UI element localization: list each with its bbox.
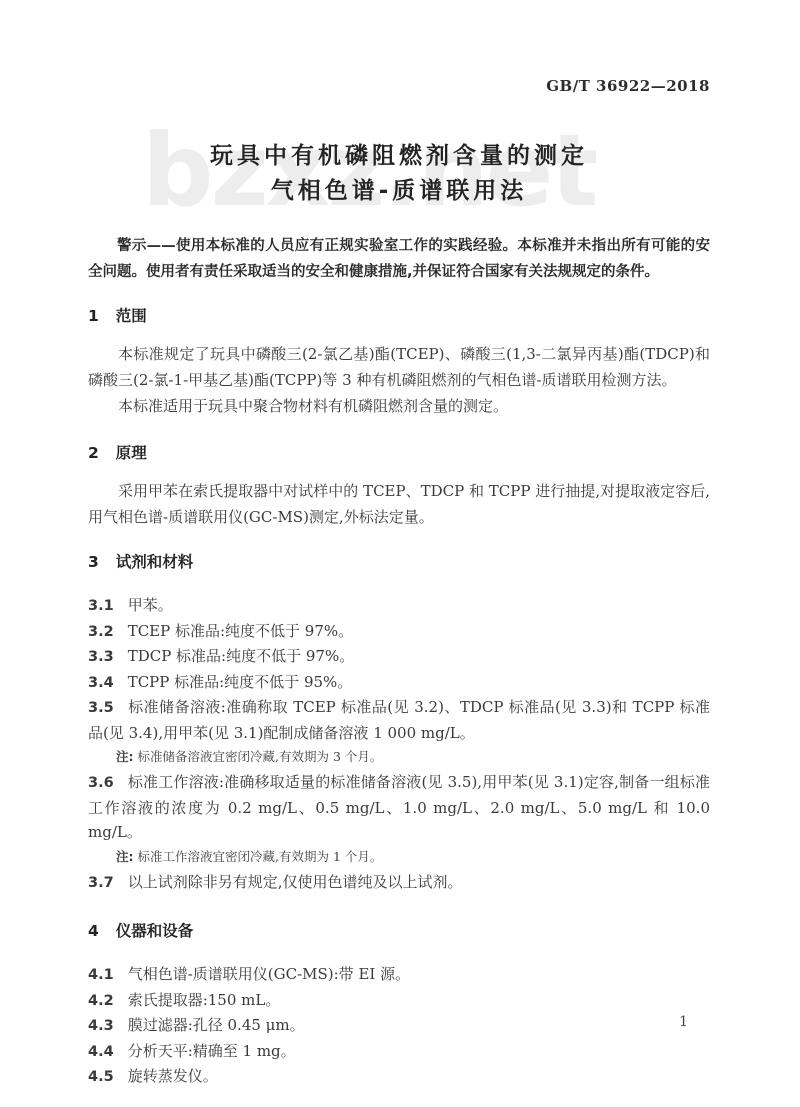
section-2-title: 原理	[116, 444, 147, 462]
section-3-number: 3	[88, 553, 99, 571]
warning-paragraph: 警示——使用本标准的人员应有正规实验室工作的实践经验。本标准并未指出所有可能的安…	[88, 233, 710, 285]
clause-3-1-number: 3.1	[88, 598, 114, 614]
clause-4-1-number: 4.1	[88, 967, 114, 983]
section-3-clauses: 3.1甲苯。 3.2TCEP 标准品:纯度不低于 97%。 3.3TDCP 标准…	[88, 593, 710, 895]
clause-3-4-number: 3.4	[88, 675, 114, 691]
page-content: GB/T 36922—2018 玩具中有机磷阻燃剂含量的测定 气相色谱-质谱联用…	[0, 0, 800, 1090]
clause-4-3-text: 膜过滤器:孔径 0.45 μm。	[128, 1016, 305, 1034]
clause-3-6-text: 标准工作溶液:准确移取适量的标准储备溶液(见 3.5),用甲苯(见 3.1)定容…	[88, 773, 710, 841]
clause-4-5-number: 4.5	[88, 1069, 114, 1085]
section-2-number: 2	[88, 444, 99, 462]
section-4-clauses: 4.1气相色谱-质谱联用仪(GC-MS):带 EI 源。 4.2索氏提取器:15…	[88, 962, 710, 1090]
clause-3-4: 3.4TCPP 标准品:纯度不低于 95%。	[88, 670, 710, 696]
note-label: 注:	[116, 849, 134, 864]
clause-4-5: 4.5旋转蒸发仪。	[88, 1064, 710, 1090]
clause-3-1: 3.1甲苯。	[88, 593, 710, 619]
clause-3-4-text: TCPP 标准品:纯度不低于 95%。	[128, 673, 353, 691]
clause-3-3: 3.3TDCP 标准品:纯度不低于 97%。	[88, 644, 710, 670]
section-1-paragraph-2: 本标准适用于玩具中聚合物材料有机磷阻燃剂含量的测定。	[88, 393, 710, 419]
clause-3-1-text: 甲苯。	[128, 596, 173, 614]
section-2-paragraph-1: 采用甲苯在索氏提取器中对试样中的 TCEP、TDCP 和 TCPP 进行抽提,对…	[88, 478, 710, 530]
section-4-heading: 4仪器和设备	[88, 919, 710, 941]
clause-3-2-number: 3.2	[88, 624, 114, 640]
clause-4-4-number: 4.4	[88, 1044, 114, 1060]
section-2-heading: 2原理	[88, 441, 710, 463]
section-1-heading: 1范围	[88, 304, 710, 326]
document-title-line2: 气相色谱-质谱联用法	[88, 174, 710, 209]
clause-4-3: 4.3膜过滤器:孔径 0.45 μm。	[88, 1013, 710, 1039]
clause-3-6-note: 注:标准工作溶液宜密闭冷藏,有效期为 1 个月。	[88, 846, 710, 868]
note-text: 标准工作溶液宜密闭冷藏,有效期为 1 个月。	[138, 849, 383, 864]
clause-4-1: 4.1气相色谱-质谱联用仪(GC-MS):带 EI 源。	[88, 962, 710, 988]
clause-4-4: 4.4分析天平:精确至 1 mg。	[88, 1039, 710, 1065]
clause-3-7-text: 以上试剂除非另有规定,仅使用色谱纯及以上试剂。	[128, 873, 463, 891]
document-title-line1: 玩具中有机磷阻燃剂含量的测定	[88, 139, 710, 174]
page-number: 1	[679, 1014, 688, 1030]
clause-3-3-number: 3.3	[88, 649, 114, 665]
clause-3-5: 3.5标准储备溶液:准确称取 TCEP 标准品(见 3.2)、TDCP 标准品(…	[88, 695, 710, 745]
section-1-paragraph-1: 本标准规定了玩具中磷酸三(2-氯乙基)酯(TCEP)、磷酸三(1,3-二氯异丙基…	[88, 341, 710, 393]
clause-3-6: 3.6标准工作溶液:准确移取适量的标准储备溶液(见 3.5),用甲苯(见 3.1…	[88, 770, 710, 845]
clause-4-2-text: 索氏提取器:150 mL。	[128, 991, 281, 1009]
section-4-title: 仪器和设备	[116, 922, 194, 940]
section-3-title: 试剂和材料	[116, 553, 194, 571]
clause-3-2: 3.2TCEP 标准品:纯度不低于 97%。	[88, 619, 710, 645]
clause-4-2: 4.2索氏提取器:150 mL。	[88, 988, 710, 1014]
note-text: 标准储备溶液宜密闭冷藏,有效期为 3 个月。	[138, 749, 383, 764]
clause-4-3-number: 4.3	[88, 1018, 114, 1034]
clause-3-7: 3.7以上试剂除非另有规定,仅使用色谱纯及以上试剂。	[88, 870, 710, 896]
section-4-number: 4	[88, 922, 99, 940]
document-title: 玩具中有机磷阻燃剂含量的测定 气相色谱-质谱联用法	[88, 139, 710, 209]
section-1-number: 1	[88, 307, 99, 325]
document-page: bzxz.net GB/T 36922—2018 玩具中有机磷阻燃剂含量的测定 …	[0, 0, 800, 1107]
clause-3-5-note: 注:标准储备溶液宜密闭冷藏,有效期为 3 个月。	[88, 746, 710, 768]
note-label: 注:	[116, 749, 134, 764]
section-3-heading: 3试剂和材料	[88, 550, 710, 572]
clause-4-5-text: 旋转蒸发仪。	[128, 1067, 218, 1085]
clause-3-2-text: TCEP 标准品:纯度不低于 97%。	[128, 622, 353, 640]
clause-3-5-number: 3.5	[88, 700, 114, 716]
clause-4-4-text: 分析天平:精确至 1 mg。	[128, 1042, 296, 1060]
clause-3-7-number: 3.7	[88, 875, 114, 891]
section-1-title: 范围	[116, 307, 147, 325]
clause-4-1-text: 气相色谱-质谱联用仪(GC-MS):带 EI 源。	[128, 965, 410, 983]
clause-3-3-text: TDCP 标准品:纯度不低于 97%。	[128, 647, 355, 665]
standard-number: GB/T 36922—2018	[88, 77, 710, 95]
clause-3-6-number: 3.6	[88, 775, 114, 791]
clause-4-2-number: 4.2	[88, 993, 114, 1009]
clause-3-5-text: 标准储备溶液:准确称取 TCEP 标准品(见 3.2)、TDCP 标准品(见 3…	[88, 698, 710, 742]
